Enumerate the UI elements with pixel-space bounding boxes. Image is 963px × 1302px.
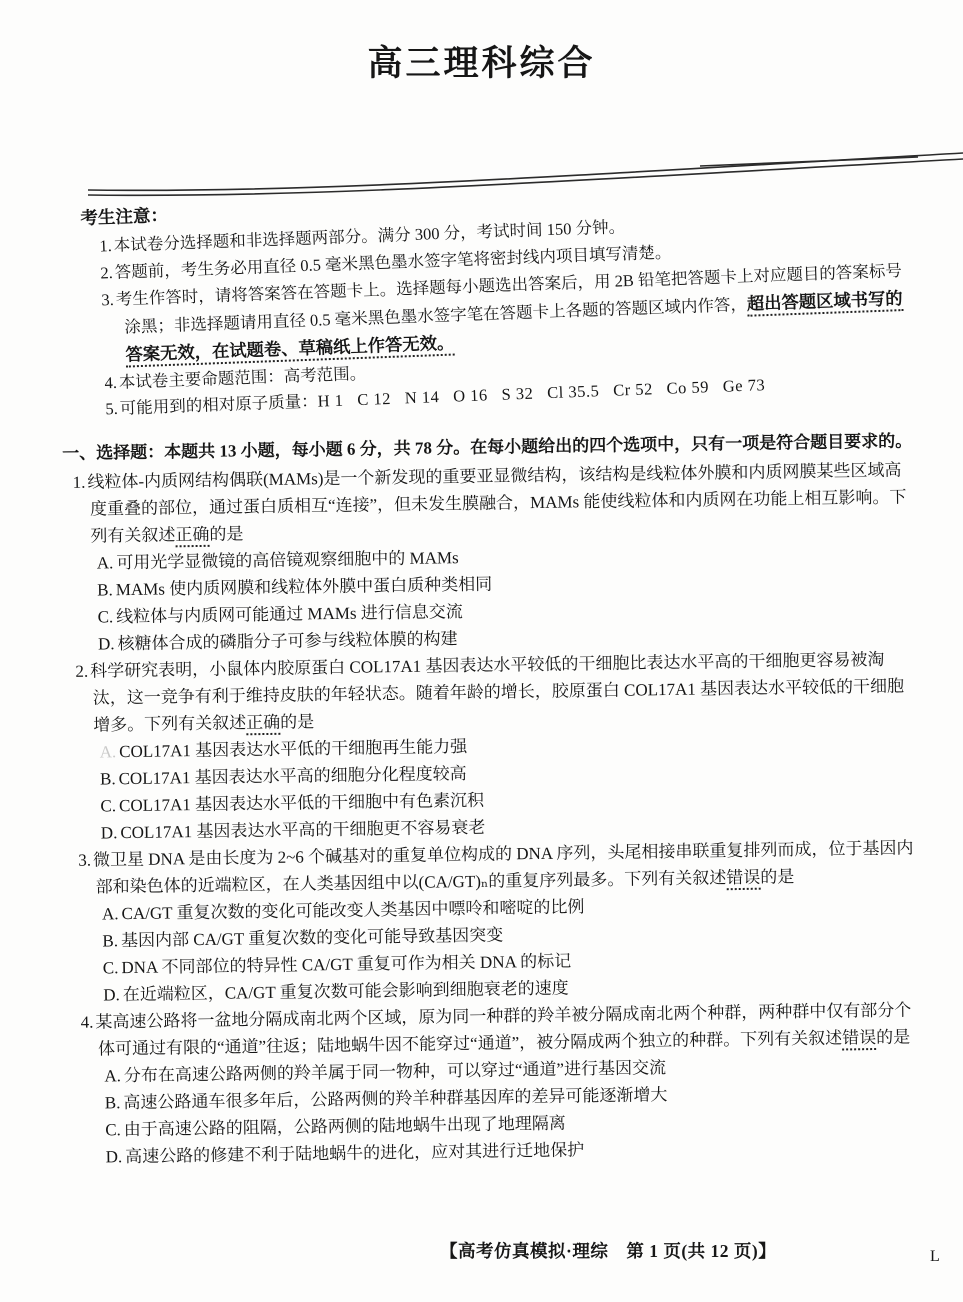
corner-mark: L — [930, 1248, 940, 1266]
question-number: 1. — [72, 473, 85, 492]
option-label: D. — [105, 1147, 122, 1166]
question-number: 4. — [80, 1013, 93, 1032]
question-1: 1.线粒体-内质网结构偶联(MAMs)是一个新发现的重要亚显微结构，该结构是线粒… — [62, 456, 917, 658]
option-text: MAMs 使内质网膜和线粒体外膜中蛋白质种类相同 — [116, 575, 493, 600]
notice-item-number: 4. — [104, 373, 117, 392]
page-title: 高三理科综合 — [0, 0, 963, 86]
options-list: A.COL17A1 基因表达水平低的干细胞再生能力强 B.COL17A1 基因表… — [66, 726, 920, 847]
option-text: DNA 不同部位的特异性 CA/GT 重复可作为相关 DNA 的标记 — [121, 952, 571, 978]
footer-text: 【高考仿真模拟·理综 第 1 页(共 12 页)】 — [440, 1241, 776, 1261]
option-text: 高速公路的修建不利于陆地蜗牛的进化，应对其进行迁地保护 — [125, 1140, 584, 1166]
options-list: A.分布在高速公路两侧的羚羊属于同一物种，可以穿过“通道”进行基因交流 B.高速… — [71, 1050, 925, 1171]
notice-section: 考生注意： 1.本试卷分选择题和非选择题两部分。满分 300 分，考试时间 15… — [80, 174, 914, 424]
option-label: C. — [97, 607, 113, 626]
stem-text: 的是 — [760, 867, 794, 887]
option-label: A. — [99, 742, 116, 761]
choice-section: 一、选择题：本题共 13 小题，每小题 6 分，共 78 分。在每小题给出的四个… — [62, 427, 925, 1171]
question-stem: 1.线粒体-内质网结构偶联(MAMs)是一个新发现的重要亚显微结构，该结构是线粒… — [62, 456, 915, 550]
option-label: A. — [102, 904, 119, 923]
option-text: 由于高速公路的阻隔，公路两侧的陆地蜗牛出现了地理隔离 — [124, 1114, 566, 1140]
exam-page: 高三理科综合 考生注意： 1.本试卷分选择题和非选择题两部分。满分 300 分，… — [0, 0, 963, 1302]
option-text: COL17A1 基因表达水平高的干细胞更不容易衰老 — [120, 818, 485, 842]
option-label: C. — [100, 796, 116, 815]
stem-emphasis: 正确 — [246, 713, 280, 736]
page-footer: 【高考仿真模拟·理综 第 1 页(共 12 页)】 — [440, 1238, 776, 1263]
option-label: A. — [97, 553, 114, 572]
option-label: B. — [100, 769, 116, 788]
stem-text: 的是 — [209, 524, 243, 544]
option-label: C. — [105, 1120, 121, 1139]
question-4: 4.某高速公路将一盆地分隔成南北两个区域，原为同一种群的羚羊被分隔成南北两个种群… — [70, 996, 924, 1171]
stem-text: 科学研究表明，小鼠体内胶原蛋白 COL17A1 基因表达水平较低的干细胞比表达水… — [90, 650, 904, 735]
stem-text: 的是 — [876, 1027, 910, 1047]
notice-item-number: 3. — [101, 290, 114, 309]
option-label: C. — [103, 958, 119, 977]
option-label: B. — [102, 931, 118, 950]
option-text: 可用光学显微镜的高倍镜观察细胞中的 MAMs — [116, 548, 459, 572]
option-text: 基因内部 CA/GT 重复次数的变化可能导致基因突变 — [121, 926, 503, 951]
option-text: 线粒体与内质网可能通过 MAMs 进行信息交流 — [116, 602, 463, 626]
option-label: D. — [103, 985, 120, 1004]
option-text: 分布在高速公路两侧的羚羊属于同一物种，可以穿过“通道”进行基因交流 — [124, 1058, 666, 1085]
option-text: COL17A1 基因表达水平低的干细胞中有色素沉积 — [119, 791, 484, 815]
stem-text: 某高速公路将一盆地分隔成南北两个区域，原为同一种群的羚羊被分隔成南北两个种群，两… — [95, 1000, 911, 1058]
options-list: A.CA/GT 重复次数的变化可能改变人类基因中嘌呤和嘧啶的比例 B.基因内部 … — [69, 888, 923, 1009]
stem-emphasis: 错误 — [726, 868, 760, 891]
option-text: 高速公路通车很多年后，公路两侧的羚羊种群基因库的差异可能逐渐增大 — [123, 1085, 667, 1112]
notice-item-text: 可能用到的相对原子质量： — [119, 392, 318, 418]
option-label: A. — [104, 1066, 121, 1085]
option-text: COL17A1 基因表达水平低的干细胞再生能力强 — [119, 737, 467, 761]
question-number: 2. — [75, 662, 88, 681]
stem-emphasis: 错误 — [842, 1028, 876, 1051]
question-stem: 2.科学研究表明，小鼠体内胶原蛋白 COL17A1 基因表达水平较低的干细胞比表… — [65, 645, 918, 739]
question-number: 3. — [78, 851, 91, 870]
option-text: CA/GT 重复次数的变化可能改变人类基因中嘌呤和嘧啶的比例 — [121, 897, 584, 923]
notice-item-number: 1. — [99, 236, 112, 255]
question-3: 3.微卫星 DNA 是由长度为 2~6 个碱基对的重复单位构成的 DNA 序列，… — [68, 834, 922, 1009]
options-list: A.可用光学显微镜的高倍镜观察细胞中的 MAMs B.MAMs 使内质网膜和线粒… — [64, 537, 918, 658]
stem-text: 的是 — [280, 712, 314, 732]
option-label: D. — [101, 823, 118, 842]
notice-item-text: 本试卷主要命题范围：高考范围。 — [119, 363, 367, 391]
question-2: 2.科学研究表明，小鼠体内胶原蛋白 COL17A1 基因表达水平较低的干细胞比表… — [65, 645, 920, 847]
option-label: D. — [98, 634, 115, 653]
option-label: B. — [97, 580, 113, 599]
notice-item-number: 2. — [100, 263, 113, 282]
option-label: B. — [105, 1093, 121, 1112]
notice-item-number: 5. — [105, 399, 118, 418]
option-text: 在近端粒区，CA/GT 重复次数可能会影响到细胞衰老的速度 — [123, 979, 569, 1005]
stem-emphasis: 正确 — [175, 525, 209, 548]
option-text: 核糖体合成的磷脂分子可参与线粒体膜的构建 — [117, 629, 457, 653]
option-text: COL17A1 基因表达水平高的细胞分化程度较高 — [118, 764, 466, 788]
